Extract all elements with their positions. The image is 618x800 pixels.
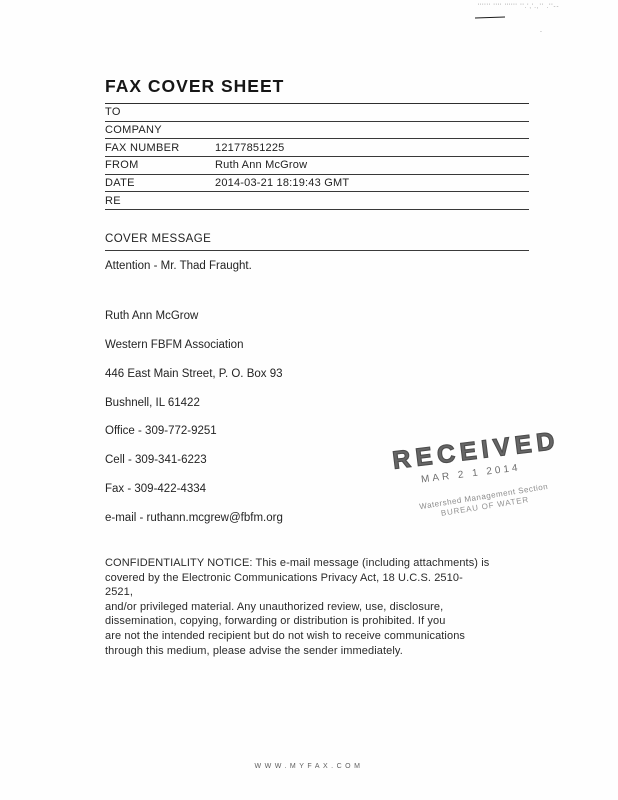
table-row-date: DATE 2014-03-21 18:19:43 GMT [105, 175, 529, 193]
table-row-from: FROM Ruth Ann McGrow [105, 157, 529, 175]
attention-line: Attention - Mr. Thad Fraught. [105, 260, 529, 272]
notice-line: dissemination, copying, forwarding or di… [105, 614, 490, 629]
field-label: TO [105, 106, 215, 118]
field-value: Ruth Ann McGrow [215, 159, 529, 171]
sender-street-address: 446 East Main Street, P. O. Box 93 [105, 368, 529, 380]
notice-line: CONFIDENTIALITY NOTICE: This e-mail mess… [105, 556, 490, 571]
notice-line: are not the intended recipient but do no… [105, 629, 490, 644]
fax-fields-table: TO COMPANY FAX NUMBER 12177851225 FROM R… [105, 103, 529, 210]
fax-transmission-header: '''''' '''' '''''' ''.','.,'' .''-- [478, 4, 614, 11]
table-row-company: COMPANY [105, 122, 529, 140]
sender-organization: Western FBFM Association [105, 339, 529, 351]
sender-email: e-mail - ruthann.mcgrew@fbfm.org [105, 512, 529, 524]
field-label: FAX NUMBER [105, 142, 215, 154]
scan-artifact-speck: . [540, 27, 542, 34]
confidentiality-notice: CONFIDENTIALITY NOTICE: This e-mail mess… [105, 556, 490, 658]
notice-line: and/or privileged material. Any unauthor… [105, 600, 490, 615]
field-value: 12177851225 [215, 142, 529, 154]
field-value: 2014-03-21 18:19:43 GMT [215, 177, 529, 189]
field-label: COMPANY [105, 124, 215, 136]
sender-city-state-zip: Bushnell, IL 61422 [105, 397, 529, 409]
notice-line: through this medium, please advise the s… [105, 644, 490, 659]
table-row-fax-number: FAX NUMBER 12177851225 [105, 139, 529, 157]
scan-artifact-line [475, 16, 505, 18]
field-label: FROM [105, 159, 215, 171]
cover-message-heading: COVER MESSAGE [105, 233, 529, 251]
fax-cover-sheet-page: '''''' '''' '''''' ''.','.,'' .''-- . FA… [0, 0, 618, 800]
field-label: RE [105, 195, 215, 207]
page-title: FAX COVER SHEET [105, 76, 529, 97]
notice-line: covered by the Electronic Communications… [105, 571, 490, 600]
sender-contact-block: Ruth Ann McGrow Western FBFM Association… [105, 310, 529, 524]
field-label: DATE [105, 177, 215, 189]
sender-fax-number: Fax - 309-422-4334 [105, 483, 529, 495]
sender-name: Ruth Ann McGrow [105, 310, 529, 322]
sender-office-phone: Office - 309-772-9251 [105, 425, 529, 437]
document-body: FAX COVER SHEET TO COMPANY FAX NUMBER 12… [105, 76, 529, 524]
myfax-footer-url: WWW.MYFAX.COM [0, 763, 618, 770]
table-row-to: TO [105, 104, 529, 122]
sender-cell-phone: Cell - 309-341-6223 [105, 454, 529, 466]
table-row-re: RE [105, 192, 529, 210]
